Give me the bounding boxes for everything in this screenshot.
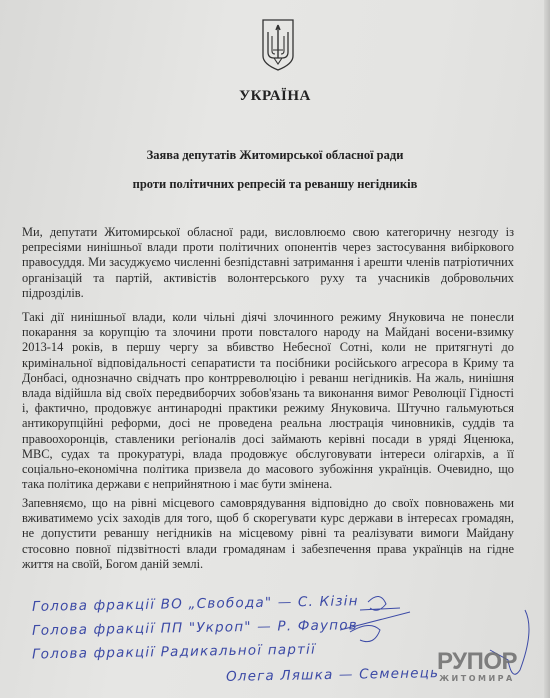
handwritten-signature-line-3: Голова фракції Радикальної партії: [32, 642, 316, 663]
ukraine-trident-icon: [261, 18, 295, 72]
handwritten-signature-line-1: Голова фракції ВО „Свобода" — С. Кізін: [32, 593, 359, 615]
paragraph-1: Ми, депутати Житомирської обласної ради,…: [22, 225, 514, 301]
watermark-main: РУПОР: [432, 650, 522, 674]
document-subtitle: проти політичних репресій та реваншу нег…: [0, 177, 550, 192]
document-title: Заява депутатів Житомирської обласної ра…: [0, 148, 550, 163]
handwritten-signature-line-2: Голова фракції ПП "Укроп" — Р. Фаупов: [32, 617, 358, 639]
country-heading: УКРАЇНА: [0, 88, 550, 105]
rupor-zhytomyra-watermark: РУПОР ЖИТОМИРА: [432, 650, 522, 684]
paragraph-3: Запевняємо, що на рівні місцевого самовр…: [22, 496, 514, 572]
watermark-sub: ЖИТОМИРА: [432, 674, 522, 684]
paragraph-2: Такі дії нинішньої влади, коли чільні ді…: [22, 310, 514, 492]
